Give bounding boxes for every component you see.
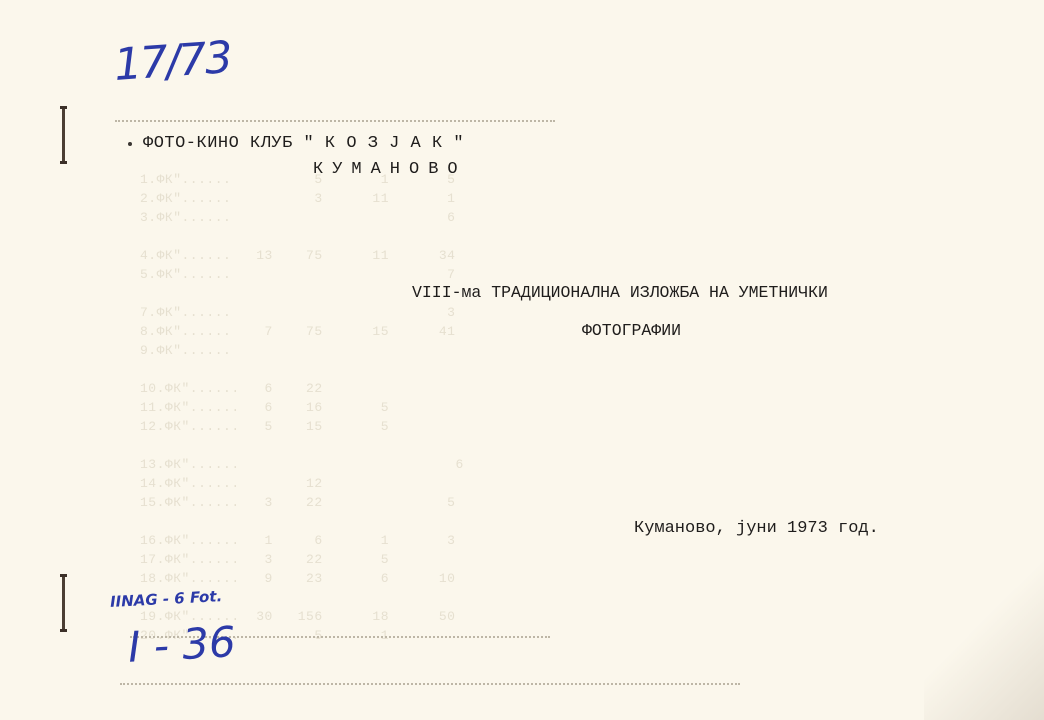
- bleed-through-text: 1.ФК"...... 5 1 5 2.ФК"...... 3 11 1 3.Ф…: [140, 170, 464, 645]
- staple-top: [62, 106, 65, 164]
- exhibition-title-line-2: ФОТОГРАФИИ: [582, 321, 681, 340]
- typed-dot: [128, 142, 132, 146]
- exhibition-title-line-1: VIII-ма ТРАДИЦИОНАЛНА ИЗЛОЖБА НА УМЕТНИЧ…: [412, 283, 828, 302]
- organization-name: ФОТО-КИНО КЛУБ " К О З Ј А К ": [143, 134, 464, 153]
- dotted-rule-top: [115, 120, 555, 122]
- handwritten-inventory-number: I - 36: [127, 617, 237, 672]
- place-and-date: Куманово, јуни 1973 год.: [634, 519, 879, 538]
- city-name: КУМАНОВО: [313, 160, 467, 179]
- dotted-rule-footer: [120, 683, 740, 685]
- handwritten-reference-number: 17/73: [112, 32, 232, 91]
- scanned-document-page: 1.ФК"...... 5 1 5 2.ФК"...... 3 11 1 3.Ф…: [0, 0, 1044, 720]
- staple-bottom: [62, 574, 65, 632]
